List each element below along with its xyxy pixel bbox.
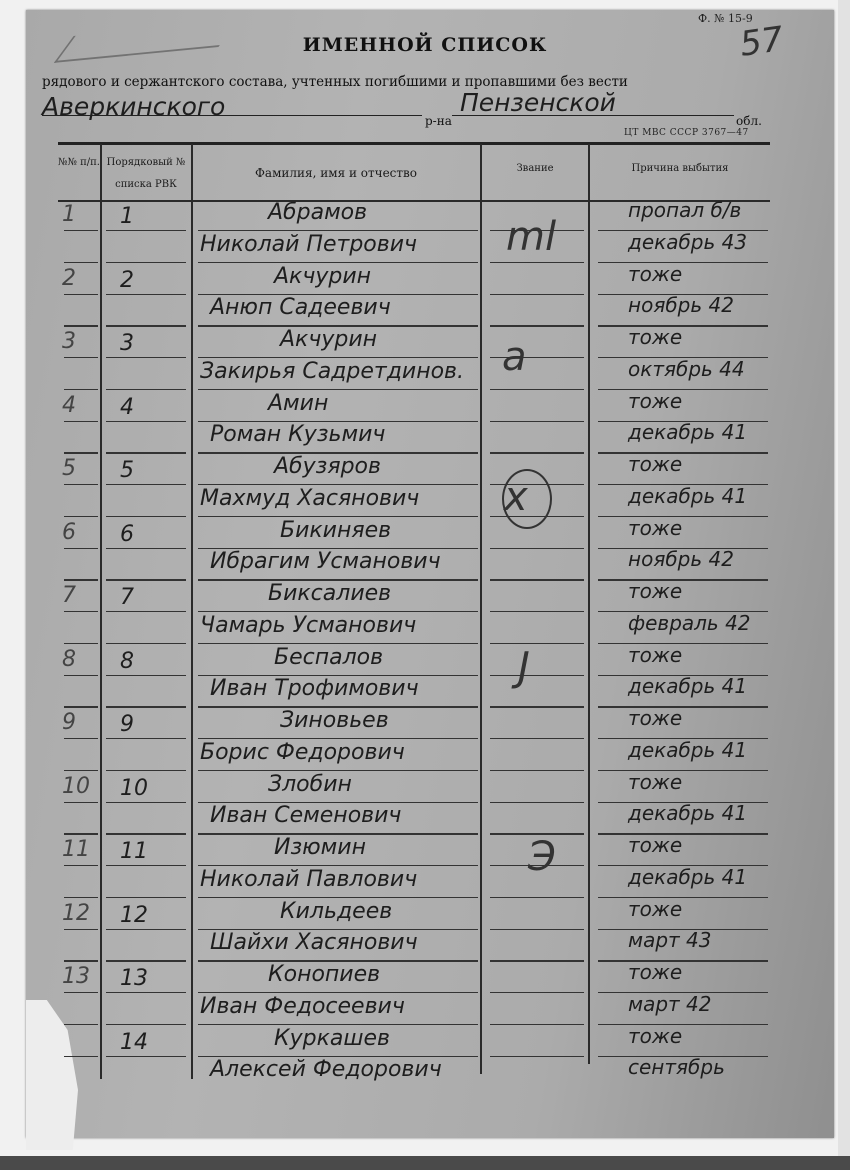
row-rule (64, 325, 98, 326)
rank-mark: J (518, 644, 530, 690)
row-rule (598, 579, 768, 580)
row-rule (598, 325, 768, 326)
given-and-patronymic: Ибрагим Усманович (210, 549, 441, 574)
row-rule (198, 389, 478, 390)
row-rule (106, 802, 186, 803)
row-rule (598, 675, 768, 676)
row-rule (490, 548, 584, 549)
seq-number: 11 (62, 837, 90, 862)
row-rule (198, 738, 478, 739)
row-rule (106, 579, 186, 580)
row-rule (490, 929, 584, 930)
surname: Бикиняев (280, 518, 391, 543)
rvk-number: 8 (120, 649, 134, 674)
row-rule (198, 611, 478, 612)
row-rule (64, 992, 98, 993)
row-rule (598, 1056, 768, 1057)
rvk-number: 1 (120, 204, 134, 229)
row-rule (198, 929, 478, 930)
rvk-number: 7 (120, 585, 134, 610)
row-rule (106, 865, 186, 866)
row-rule (598, 262, 768, 263)
surname: Куркашев (274, 1026, 390, 1051)
seq-number: 7 (62, 583, 76, 608)
row-rule (106, 230, 186, 231)
row-rule (198, 421, 478, 422)
row-rule (64, 675, 98, 676)
row-rule (490, 992, 584, 993)
row-rule (64, 516, 98, 517)
print-code: ЦТ МВС СССР 3767—47 (624, 128, 749, 138)
row-rule (490, 579, 584, 580)
row-rule (106, 421, 186, 422)
rvk-number: 13 (120, 966, 148, 991)
seq-number: 4 (62, 393, 76, 418)
row-rule (106, 389, 186, 390)
row-rule (64, 484, 98, 485)
row-rule (106, 960, 186, 961)
surname: Амин (268, 391, 328, 416)
rvk-number: 6 (120, 522, 134, 547)
reason-date: декабрь 41 (628, 865, 747, 889)
row-rule (490, 897, 584, 898)
row-rule (64, 548, 98, 549)
row-rule (598, 833, 768, 834)
row-rule (198, 675, 478, 676)
row-rule (64, 770, 98, 771)
given-and-patronymic: Николай Павлович (200, 867, 417, 892)
row-rule (64, 706, 98, 707)
row-rule (64, 1024, 98, 1025)
row-rule (64, 929, 98, 930)
rvk-number: 2 (120, 268, 134, 293)
row-rule (198, 865, 478, 866)
row-rule (64, 865, 98, 866)
surname: Конопиев (268, 962, 380, 987)
region-name: Пензенской (460, 88, 616, 117)
row-rule (198, 294, 478, 295)
row-rule (106, 516, 186, 517)
row-rule (598, 1024, 768, 1025)
reason-date: февраль 42 (628, 611, 751, 635)
row-rule (64, 262, 98, 263)
row-rule (106, 643, 186, 644)
header-rank: Звание (482, 158, 588, 180)
row-rule (598, 802, 768, 803)
row-rule (106, 262, 186, 263)
region-underline (452, 114, 734, 116)
surname: Зиновьев (280, 708, 389, 733)
header-seq-no: №№ п/п. (58, 152, 100, 174)
district-name: Аверкинского (42, 92, 225, 121)
surname: Беспалов (274, 645, 383, 670)
reason-status: тоже (628, 452, 682, 476)
rank-circle-mark (502, 469, 552, 529)
surname: Акчурин (280, 327, 377, 352)
row-rule (490, 960, 584, 961)
reason-date: ноябрь 42 (628, 293, 734, 317)
rvk-number: 4 (120, 395, 134, 420)
seq-number: 12 (62, 901, 90, 926)
row-rule (598, 611, 768, 612)
row-rule (598, 770, 768, 771)
row-rule (598, 230, 768, 231)
row-rule (598, 643, 768, 644)
row-rule (490, 675, 584, 676)
row-rule (598, 548, 768, 549)
row-rule (64, 833, 98, 834)
reason-date: декабрь 41 (628, 801, 747, 825)
surname: Абрамов (268, 200, 367, 225)
reason-status: тоже (628, 1024, 682, 1048)
reason-status: тоже (628, 770, 682, 794)
seq-number: 3 (62, 329, 76, 354)
row-rule (64, 802, 98, 803)
reason-date: март 42 (628, 992, 712, 1016)
row-rule (64, 579, 98, 580)
column-divider (588, 144, 590, 1064)
row-rule (598, 738, 768, 739)
reason-status: тоже (628, 833, 682, 857)
row-rule (198, 357, 478, 358)
column-divider (191, 144, 193, 1079)
row-rule (106, 325, 186, 326)
row-rule (490, 802, 584, 803)
scanner-edge (838, 0, 850, 1160)
row-rule (106, 675, 186, 676)
row-rule (598, 992, 768, 993)
rvk-number: 9 (120, 712, 134, 737)
seq-number: 8 (62, 647, 76, 672)
reason-date: декабрь 41 (628, 484, 747, 508)
seq-number: 13 (62, 964, 90, 989)
row-rule (490, 1024, 584, 1025)
form-number: Ф. № 15-9 (698, 12, 753, 25)
reason-status: тоже (628, 643, 682, 667)
reason-status: тоже (628, 579, 682, 603)
row-rule (106, 294, 186, 295)
reason-date: сентябрь (628, 1055, 725, 1079)
surname: Кильдеев (280, 899, 392, 924)
row-rule (106, 357, 186, 358)
row-rule (64, 960, 98, 961)
row-rule (490, 389, 584, 390)
given-and-patronymic: Шайхи Хасянович (210, 930, 418, 955)
row-rule (106, 992, 186, 993)
row-rule (598, 484, 768, 485)
document-title: ИМЕННОЙ СПИСОК (0, 34, 850, 56)
rank-mark: Э (528, 834, 556, 880)
district-underline (42, 114, 422, 116)
row-rule (106, 738, 186, 739)
reason-status: тоже (628, 516, 682, 540)
seq-number: 10 (62, 774, 90, 799)
surname: Абузяров (274, 454, 381, 479)
header-full-name: Фамилия, имя и отчество (192, 162, 480, 184)
row-rule (598, 452, 768, 453)
reason-status: тоже (628, 960, 682, 984)
row-rule (64, 357, 98, 358)
column-divider (100, 144, 102, 1079)
row-rule (64, 389, 98, 390)
row-rule (106, 833, 186, 834)
reason-status: пропал б/в (628, 198, 741, 222)
given-and-patronymic: Махмуд Хасянович (200, 486, 419, 511)
row-rule (198, 230, 478, 231)
reason-date: декабрь 41 (628, 420, 747, 444)
row-rule (490, 611, 584, 612)
row-rule (106, 1024, 186, 1025)
row-rule (598, 357, 768, 358)
row-rule (106, 706, 186, 707)
given-and-patronymic: Роман Кузьмич (210, 422, 385, 447)
surname: Изюмин (274, 835, 366, 860)
column-divider (480, 144, 482, 1074)
rvk-number: 5 (120, 458, 134, 483)
name-list-table: №№ п/п. Порядковый № списка РВК Фамилия,… (58, 144, 770, 1089)
seq-number: 1 (62, 202, 76, 227)
row-rule (598, 929, 768, 930)
row-rule (64, 294, 98, 295)
rank-mark: ml (506, 214, 556, 260)
row-rule (598, 294, 768, 295)
row-rule (490, 452, 584, 453)
row-rule (198, 992, 478, 993)
row-rule (106, 452, 186, 453)
row-rule (106, 484, 186, 485)
region-label: обл. (736, 114, 762, 128)
reason-status: тоже (628, 897, 682, 921)
reason-status: тоже (628, 325, 682, 349)
row-rule (106, 929, 186, 930)
rvk-number: 14 (120, 1030, 148, 1055)
reason-status: тоже (628, 706, 682, 730)
surname: Злобин (268, 772, 352, 797)
row-rule (106, 770, 186, 771)
rank-mark: a (502, 334, 527, 380)
rvk-number: 10 (120, 776, 148, 801)
row-rule (598, 516, 768, 517)
header-reason: Причина выбытия (590, 158, 770, 180)
given-and-patronymic: Иван Трофимович (210, 676, 419, 701)
given-and-patronymic: Анюп Садеевич (210, 295, 391, 320)
given-and-patronymic: Алексей Федорович (210, 1057, 442, 1082)
seq-number: 2 (62, 266, 76, 291)
rvk-number: 11 (120, 839, 148, 864)
row-rule (598, 865, 768, 866)
reason-date: октябрь 44 (628, 357, 745, 381)
surname: Биксалиев (268, 581, 391, 606)
row-rule (106, 1056, 186, 1057)
reason-status: тоже (628, 262, 682, 286)
row-rule (198, 1056, 478, 1057)
row-rule (64, 643, 98, 644)
row-rule (598, 706, 768, 707)
row-rule (490, 325, 584, 326)
given-and-patronymic: Иван Федосеевич (200, 994, 405, 1019)
reason-status: тоже (628, 389, 682, 413)
given-and-patronymic: Иван Семенович (210, 803, 401, 828)
seq-number: 6 (62, 520, 76, 545)
row-rule (598, 421, 768, 422)
scanner-bottom-edge (0, 1156, 850, 1170)
reason-date: декабрь 41 (628, 674, 747, 698)
row-rule (198, 802, 478, 803)
rvk-number: 3 (120, 331, 134, 356)
row-rule (106, 897, 186, 898)
row-rule (490, 1056, 584, 1057)
row-rule (64, 230, 98, 231)
header-rvk-no: Порядковый № списка РВК (102, 152, 190, 196)
row-rule (198, 484, 478, 485)
rvk-number: 12 (120, 903, 148, 928)
seq-number: 9 (62, 710, 76, 735)
row-rule (64, 897, 98, 898)
reason-date: март 43 (628, 928, 712, 952)
row-rule (64, 421, 98, 422)
row-rule (490, 770, 584, 771)
given-and-patronymic: Чамарь Усманович (200, 613, 416, 638)
row-rule (490, 738, 584, 739)
row-rule (106, 611, 186, 612)
row-rule (64, 452, 98, 453)
row-rule (64, 611, 98, 612)
given-and-patronymic: Борис Федорович (200, 740, 405, 765)
surname: Акчурин (274, 264, 371, 289)
row-rule (490, 706, 584, 707)
row-rule (490, 643, 584, 644)
given-and-patronymic: Закирья Садретдинов. (200, 359, 464, 384)
seq-number: 5 (62, 456, 76, 481)
row-rule (490, 294, 584, 295)
row-rule (598, 389, 768, 390)
row-rule (64, 1056, 98, 1057)
row-rule (106, 548, 186, 549)
reason-date: декабрь 41 (628, 738, 747, 762)
district-label: р-на (425, 114, 452, 128)
row-rule (490, 421, 584, 422)
row-rule (598, 960, 768, 961)
row-rule (490, 262, 584, 263)
row-rule (198, 548, 478, 549)
given-and-patronymic: Николай Петрович (200, 232, 417, 257)
reason-date: декабрь 43 (628, 230, 747, 254)
row-rule (64, 738, 98, 739)
reason-date: ноябрь 42 (628, 547, 734, 571)
row-rule (598, 897, 768, 898)
